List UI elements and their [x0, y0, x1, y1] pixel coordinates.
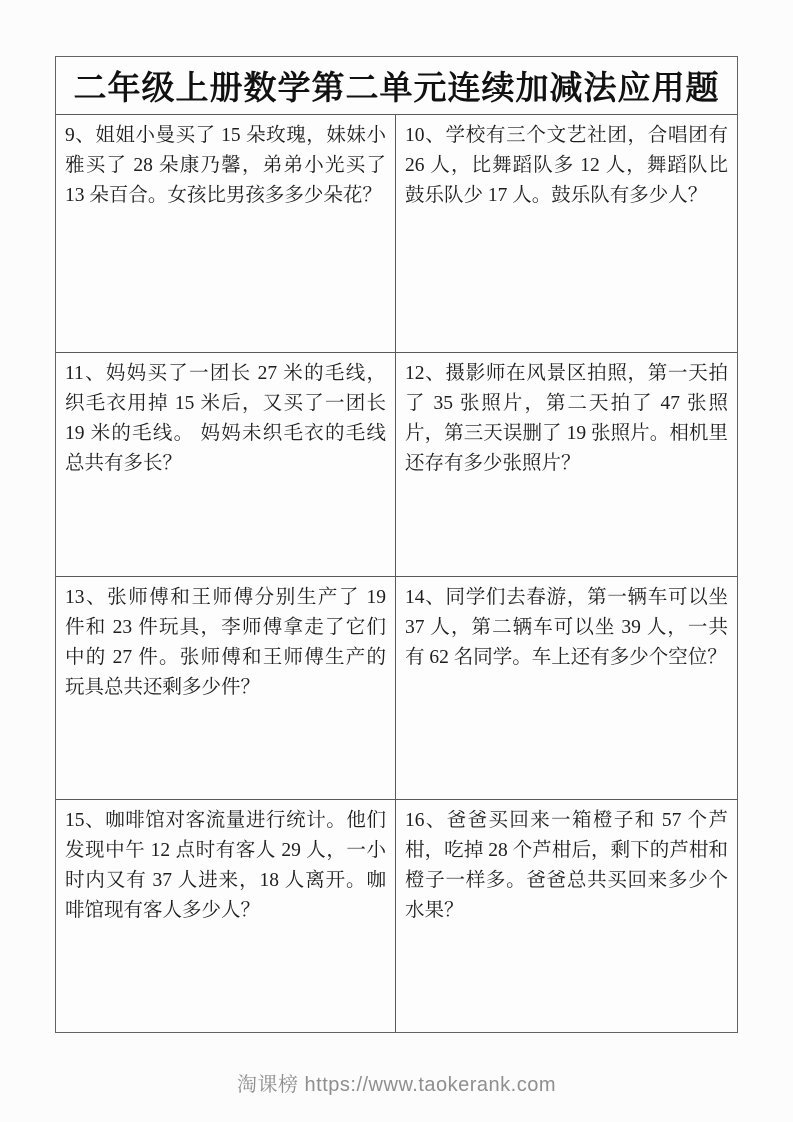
problem-13-text: 13、张师傅和王师傅分别生产了 19 件和 23 件玩具，李师傅拿走了它们中的 … [65, 587, 386, 698]
worksheet-table: 二年级上册数学第二单元连续加减法应用题 9、姐姐小曼买了 15 朵玫瑰，妹妹小雅… [55, 56, 738, 1033]
problem-12-text: 12、摄影师在风景区拍照，第一天拍了 35 张照片，第二天拍了 47 张照片，第… [405, 363, 728, 474]
problem-cell-14: 14、同学们去春游，第一辆车可以坐 37 人，第二辆车可以坐 39 人，一共有 … [396, 577, 737, 800]
problem-11-text: 11、妈妈买了一团长 27 米的毛线，织毛衣用掉 15 米后，又买了一团长 19… [65, 363, 386, 474]
problem-15-text: 15、咖啡馆对客流量进行统计。他们发现中午 12 点时有客人 29 人，一小时内… [65, 810, 386, 921]
worksheet-title: 二年级上册数学第二单元连续加减法应用题 [56, 57, 737, 115]
problem-cell-9: 9、姐姐小曼买了 15 朵玫瑰，妹妹小雅买了 28 朵康乃馨，弟弟小光买了 13… [56, 115, 396, 353]
problem-cell-12: 12、摄影师在风景区拍照，第一天拍了 35 张照片，第二天拍了 47 张照片，第… [396, 353, 737, 577]
problem-cell-15: 15、咖啡馆对客流量进行统计。他们发现中午 12 点时有客人 29 人，一小时内… [56, 800, 396, 1032]
problem-9-text: 9、姐姐小曼买了 15 朵玫瑰，妹妹小雅买了 28 朵康乃馨，弟弟小光买了 13… [65, 125, 386, 206]
problem-cell-16: 16、爸爸买回来一箱橙子和 57 个芦柑，吃掉 28 个芦柑后，剩下的芦柑和橙子… [396, 800, 737, 1032]
problem-cell-10: 10、学校有三个文艺社团，合唱团有 26 人，比舞蹈队多 12 人，舞蹈队比鼓乐… [396, 115, 737, 353]
problem-14-text: 14、同学们去春游，第一辆车可以坐 37 人，第二辆车可以坐 39 人，一共有 … [405, 587, 728, 668]
footer-watermark: 淘课榜 https://www.taokerank.com [0, 1068, 793, 1097]
problem-16-text: 16、爸爸买回来一箱橙子和 57 个芦柑，吃掉 28 个芦柑后，剩下的芦柑和橙子… [405, 810, 728, 921]
worksheet-page: 二年级上册数学第二单元连续加减法应用题 9、姐姐小曼买了 15 朵玫瑰，妹妹小雅… [0, 0, 793, 1122]
footer-text: 淘课榜 https://www.taokerank.com [237, 1074, 556, 1096]
problem-10-text: 10、学校有三个文艺社团，合唱团有 26 人，比舞蹈队多 12 人，舞蹈队比鼓乐… [405, 125, 728, 206]
problem-cell-13: 13、张师傅和王师傅分别生产了 19 件和 23 件玩具，李师傅拿走了它们中的 … [56, 577, 396, 800]
problems-grid: 9、姐姐小曼买了 15 朵玫瑰，妹妹小雅买了 28 朵康乃馨，弟弟小光买了 13… [56, 115, 737, 1032]
problem-cell-11: 11、妈妈买了一团长 27 米的毛线，织毛衣用掉 15 米后，又买了一团长 19… [56, 353, 396, 577]
